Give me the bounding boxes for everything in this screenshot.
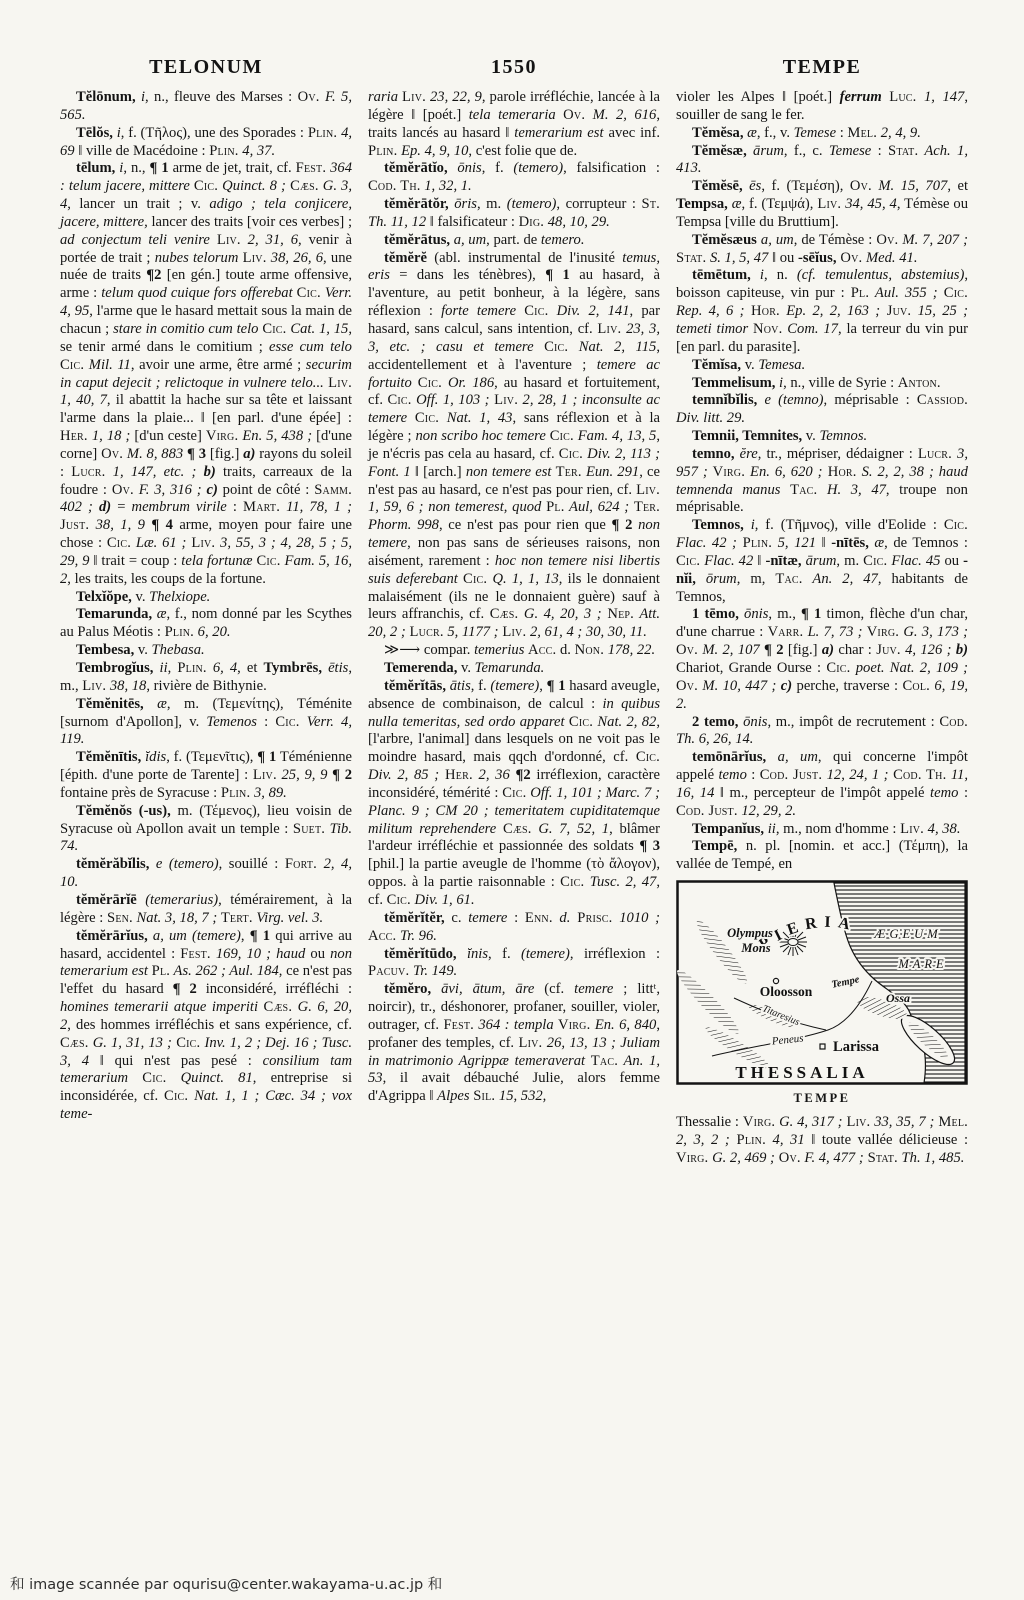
dictionary-paragraph: tĕmĕrĭtĕr, c. temere : Enn. d. Prisc. 10… — [368, 910, 660, 946]
dictionary-paragraph: tēlum, i, n., ¶ 1 arme de jet, trait, cf… — [60, 160, 352, 588]
mare-label: MARE — [897, 957, 947, 971]
text-columns: Tĕlōnum, i, n., fleuve des Marses : Ov. … — [0, 89, 1024, 1168]
column-1: Tĕlōnum, i, n., fleuve des Marses : Ov. … — [60, 89, 352, 1168]
aegeum-label: ÆGEUM — [873, 927, 941, 941]
column-3-text: violer les Alpes ‖ [poét.] ferrum Luc. 1… — [676, 89, 968, 874]
dictionary-paragraph: Tĕmĕnītis, ĭdis, f. (Τεμενῖτις), ¶ 1 Tém… — [60, 749, 352, 803]
dictionary-paragraph: Tĕmĕsæus a, um, de Témèse : Ov. M. 7, 20… — [676, 232, 968, 268]
column-3-text-after-map: Thessalie : Virg. G. 4, 317 ; Liv. 33, 3… — [676, 1114, 968, 1168]
larissa-marker — [820, 1044, 825, 1049]
dictionary-paragraph: Tempē, n. pl. [nomin. et acc.] (Τέμπη), … — [676, 838, 968, 874]
map-caption: TEMPE — [676, 1090, 968, 1108]
column-3: violer les Alpes ‖ [poét.] ferrum Luc. 1… — [676, 89, 968, 1168]
dictionary-paragraph: Tĕmĕsa, æ, f., v. Temese : Mel. 2, 4, 9. — [676, 125, 968, 143]
dictionary-paragraph: raria Liv. 23, 22, 9, parole irréfléchie… — [368, 89, 660, 160]
thessalia-label: THESSALIA — [735, 1063, 868, 1082]
dictionary-paragraph: Tĕmĕnŏs (-us), m. (Τέμενος), lieu voisin… — [60, 803, 352, 857]
dictionary-paragraph: Temnii, Temnites, v. Temnos. — [676, 428, 968, 446]
dictionary-paragraph: tĕmĕrārĭē (temerarius), témérairement, à… — [60, 892, 352, 928]
dictionary-paragraph: tĕmĕrĭtās, ātis, f. (temere), ¶ 1 hasard… — [368, 678, 660, 910]
oloosson-marker — [773, 979, 778, 984]
dictionary-paragraph: temnĭbĭlis, e (temno), méprisable : Cass… — [676, 392, 968, 428]
header-guide-word-left: TELONUM — [60, 56, 352, 79]
oloosson-label: Oloosson — [760, 984, 813, 999]
tempe-map: PIERIA ÆGEUM MARE Olympus Mons Oloosson … — [676, 880, 968, 1085]
dictionary-paragraph: Tĕmĭsa, v. Temesa. — [676, 357, 968, 375]
scan-watermark: 和 image scannée par oqurisu@center.wakay… — [10, 1573, 442, 1594]
dictionary-paragraph: ≫⟶ compar. temerius Acc. d. Non. 178, 22… — [368, 642, 660, 660]
dictionary-paragraph: Tembesa, v. Thebasa. — [60, 642, 352, 660]
running-head: TELONUM 1550 TEMPE — [0, 0, 1024, 89]
dictionary-paragraph: temōnārĭus, a, um, qui concerne l'impôt … — [676, 749, 968, 820]
dictionary-paragraph: Temerenda, v. Temarunda. — [368, 660, 660, 678]
dictionary-paragraph: Tēlŏs, i, f. (Τῆλος), une des Sporades :… — [60, 125, 352, 161]
dictionary-paragraph: tĕmĕrātus, a, um, part. de temero. — [368, 232, 660, 250]
larissa-label: Larissa — [833, 1039, 880, 1055]
dictionary-paragraph: Tĕmĕsē, ēs, f. (Τεμέση), Ov. M. 15, 707,… — [676, 178, 968, 232]
dictionary-paragraph: Tĕmĕnitēs, æ, m. (Τεμενίτης), Téménite [… — [60, 696, 352, 750]
dictionary-paragraph: tĕmĕrārĭus, a, um (temere), ¶ 1 qui arri… — [60, 928, 352, 1124]
dictionary-paragraph: Tempanĭus, ii, m., nom d'homme : Liv. 4,… — [676, 821, 968, 839]
dictionary-paragraph: 2 temo, ōnis, m., impôt de recrutement :… — [676, 714, 968, 750]
tempe-map-figure: PIERIA ÆGEUM MARE Olympus Mons Oloosson … — [676, 880, 968, 1108]
header-page-number: 1550 — [368, 56, 660, 79]
olympus-label-line2: Mons — [740, 941, 770, 955]
column-2: raria Liv. 23, 22, 9, parole irréfléchie… — [368, 89, 660, 1168]
dictionary-paragraph: Thessalie : Virg. G. 4, 317 ; Liv. 33, 3… — [676, 1114, 968, 1168]
dictionary-paragraph: tĕmĕro, āvi, ātum, āre (cf. temere ; lit… — [368, 981, 660, 1106]
dictionary-paragraph: Telxĭŏpe, v. Thelxiope. — [60, 589, 352, 607]
dictionary-paragraph: tēmētum, i, n. (cf. temulentus, abstemiu… — [676, 267, 968, 356]
dictionary-paragraph: Temmelisum, i, n., ville de Syrie : Anto… — [676, 375, 968, 393]
dictionary-paragraph: Tĕlōnum, i, n., fleuve des Marses : Ov. … — [60, 89, 352, 125]
dictionary-paragraph: violer les Alpes ‖ [poét.] ferrum Luc. 1… — [676, 89, 968, 125]
dictionary-paragraph: Tĕmĕsæ, ārum, f., c. Temese : Stat. Ach.… — [676, 143, 968, 179]
dictionary-paragraph: Temarunda, æ, f., nom donné par les Scyt… — [60, 606, 352, 642]
dictionary-paragraph: tĕmĕrātĭo, ōnis, f. (temero), falsificat… — [368, 160, 660, 196]
dictionary-paragraph: tĕmĕrĭtūdo, ĭnis, f. (temere), irréflexi… — [368, 946, 660, 982]
ossa-label: Ossa — [886, 991, 910, 1005]
dictionary-paragraph: tĕmĕrăbĭlis, e (temero), souillé : Fort.… — [60, 856, 352, 892]
olympus-label-line1: Olympus — [727, 926, 773, 940]
dictionary-paragraph: Tembrogĭus, ii, Plin. 6, 4, et Tymbrēs, … — [60, 660, 352, 696]
dictionary-paragraph: 1 tēmo, ōnis, m., ¶ 1 timon, flèche d'un… — [676, 606, 968, 713]
header-gutter — [660, 56, 676, 79]
dictionary-paragraph: temno, ĕre, tr., mépriser, dédaigner : L… — [676, 446, 968, 517]
dictionary-paragraph: Temnos, i, f. (Τῆμνος), ville d'Eolide :… — [676, 517, 968, 606]
dictionary-paragraph: tĕmĕrātŏr, ōris, m. (temero), corrupteur… — [368, 196, 660, 232]
header-guide-word-right: TEMPE — [676, 56, 968, 79]
dictionary-page: TELONUM 1550 TEMPE Tĕlōnum, i, n., fleuv… — [0, 0, 1024, 1600]
dictionary-paragraph: tĕmĕrĕ (abl. instrumental de l'inusité t… — [368, 250, 660, 643]
header-gutter — [352, 56, 368, 79]
